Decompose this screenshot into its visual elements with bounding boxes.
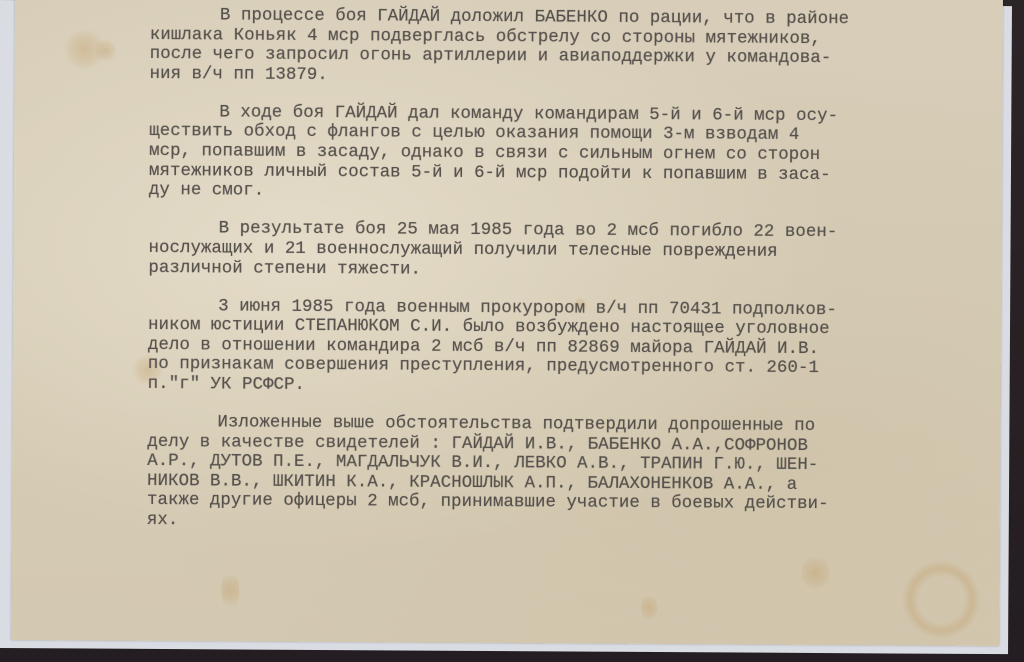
- text-line: различной степени тяжести.: [148, 259, 1008, 284]
- typewritten-text: В процессе боя ГАЙДАЙ доложил БАБЕНКО по…: [147, 6, 1010, 536]
- stain: [221, 570, 239, 610]
- paragraph-casualties: В результате боя 25 мая 1985 года во 2 м…: [148, 219, 1008, 283]
- text-line: ду не смог.: [149, 181, 1009, 206]
- stain: [901, 559, 981, 639]
- stain: [641, 593, 657, 623]
- photo-scene: В процессе боя ГАЙДАЙ доложил БАБЕНКО по…: [0, 0, 1024, 662]
- paragraph-flank-order: В ходе боя ГАЙДАЙ дал команду командирам…: [149, 103, 1010, 206]
- stain: [801, 554, 829, 592]
- paragraph-criminal-case: 3 июня 1985 года военным прокурором в/ч …: [148, 297, 1009, 400]
- paragraph-witnesses: Изложенные выше обстоятельства подтверди…: [147, 413, 1008, 536]
- paragraph-report-to-babenko: В процессе боя ГАЙДАЙ доложил БАБЕНКО по…: [150, 6, 1010, 90]
- stain: [95, 39, 117, 61]
- text-line: п."г" УК РСФСР.: [148, 375, 1008, 400]
- text-line: ния в/ч пп 13879.: [150, 65, 1010, 90]
